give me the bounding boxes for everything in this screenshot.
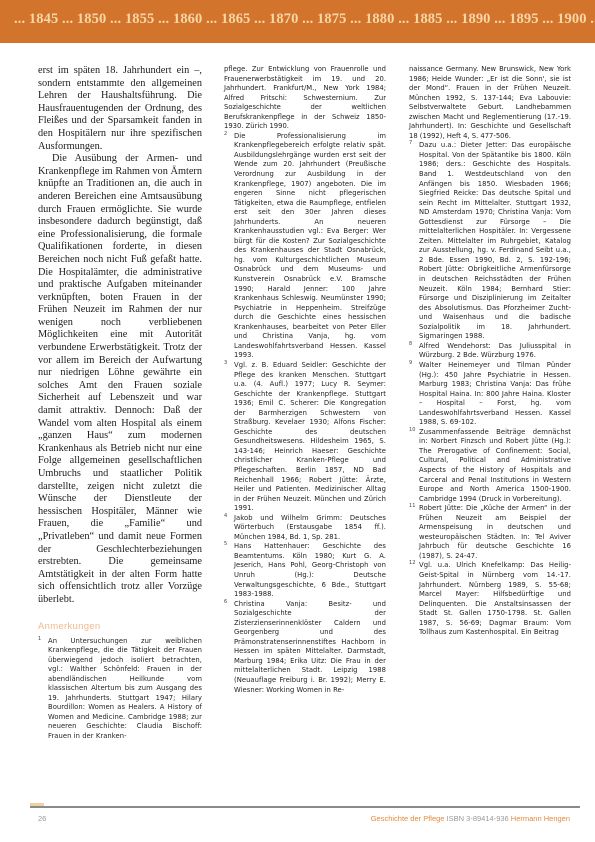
footnote-text: Vgl. z. B. Eduard Seidler: Geschichte de… [234, 361, 386, 514]
footnote-number: 8 [409, 341, 412, 348]
footnote-number: 1 [38, 636, 41, 643]
footnote-text: Zusammenfassende Beiträge demnächst in: … [419, 428, 571, 504]
page-number: 26 [38, 814, 46, 823]
timeline-header: ... 1845 ... 1850 ... 1855 ... 1860 ... … [14, 11, 595, 28]
footnote-text: Christina Vanja: Besitz- und Sozialgesch… [234, 600, 386, 695]
footnote-number: 11 [409, 503, 415, 510]
footnote-text: Alfred Wendehorst: Das Juliusspital in W… [419, 342, 571, 361]
footnote-text: Dazu u.a.: Dieter Jetter: Das europäisch… [419, 141, 571, 341]
footnote-1: 1 An Untersuchungen zur weiblichen Krank… [38, 637, 202, 742]
footnote-number: 2 [224, 131, 227, 138]
footnote-4: 4 Jakob und Wilhelm Grimm: Deutsches Wör… [224, 514, 386, 543]
footer-rule [30, 806, 580, 808]
footnote-text: Walter Heinemeyer und Tilman Pünder (Hg.… [419, 361, 571, 428]
column-3: naissance Germany. New Brunswick, New Yo… [409, 65, 571, 638]
footnote-number: 3 [224, 360, 227, 367]
footnote-8: 8 Alfred Wendehorst: Das Juliusspital in… [409, 342, 571, 361]
column-2: pflege. Zur Entwicklung von Frauenrolle … [224, 65, 386, 695]
footnote-10: 10 Zusammenfassende Beiträge demnächst i… [409, 428, 571, 504]
footnote-9: 9 Walter Heinemeyer und Tilman Pünder (H… [409, 361, 571, 428]
footnote-number: 6 [224, 599, 227, 606]
footnote-2: 2 Die Professionalisierung im Krankenpfl… [224, 132, 386, 361]
footnote-7: 7 Dazu u.a.: Dieter Jetter: Das europäis… [409, 141, 571, 341]
body-text: erst im späten 18. Jahrhundert ein –, so… [38, 65, 202, 607]
footnote-6: 6 Christina Vanja: Besitz- und Sozialges… [224, 600, 386, 695]
footnote-number: 9 [409, 360, 412, 367]
footnote-number: 4 [224, 513, 227, 520]
footnote-number: 12 [409, 560, 415, 567]
footnote-1-continuation: pflege. Zur Entwicklung von Frauenrolle … [224, 65, 386, 132]
footnote-text: Hans Hattenhauer: Geschichte des Beamten… [234, 542, 386, 599]
footnote-12: 12 Vgl. u.a. Ulrich Knefelkamp: Das Heil… [409, 561, 571, 637]
footnote-6-continuation: naissance Germany. New Brunswick, New Yo… [409, 65, 571, 141]
column-1: erst im späten 18. Jahrhundert ein –, so… [38, 65, 202, 742]
footnote-3: 3 Vgl. z. B. Eduard Seidler: Geschichte … [224, 361, 386, 514]
running-footer-title: Geschichte der Pflege [371, 814, 445, 823]
footnote-text: Die Professionalisierung im Krankenpfleg… [234, 132, 386, 361]
footnote-text: Robert Jütte: Die „Küche der Armen“ in d… [419, 504, 571, 561]
footnote-number: 10 [409, 427, 415, 434]
body-paragraph-1: erst im späten 18. Jahrhundert ein –, so… [38, 65, 202, 153]
running-footer-publisher: Hermann Hengen [511, 814, 570, 823]
footnote-number: 7 [409, 140, 412, 147]
footnote-text: Vgl. u.a. Ulrich Knefelkamp: Das Heilig-… [419, 561, 571, 637]
notes-list-col1: 1 An Untersuchungen zur weiblichen Krank… [38, 637, 202, 742]
footnote-text: An Untersuchungen zur weiblichen Kranken… [48, 637, 202, 742]
running-footer: Geschichte der Pflege ISBN 3-89414-936 H… [371, 814, 570, 823]
body-paragraph-2: Die Ausübung der Armen- und Krankenpfleg… [38, 153, 202, 606]
footnote-5: 5 Hans Hattenhauer: Geschichte des Beamt… [224, 542, 386, 599]
header-band: ... 1845 ... 1850 ... 1855 ... 1860 ... … [0, 0, 595, 43]
footnote-11: 11 Robert Jütte: Die „Küche der Armen“ i… [409, 504, 571, 561]
footnote-text: Jakob und Wilhelm Grimm: Deutsches Wörte… [234, 514, 386, 543]
notes-heading: Anmerkungen [38, 621, 202, 632]
footnote-number: 5 [224, 541, 227, 548]
running-footer-meta: ISBN 3-89414-936 [447, 814, 509, 823]
